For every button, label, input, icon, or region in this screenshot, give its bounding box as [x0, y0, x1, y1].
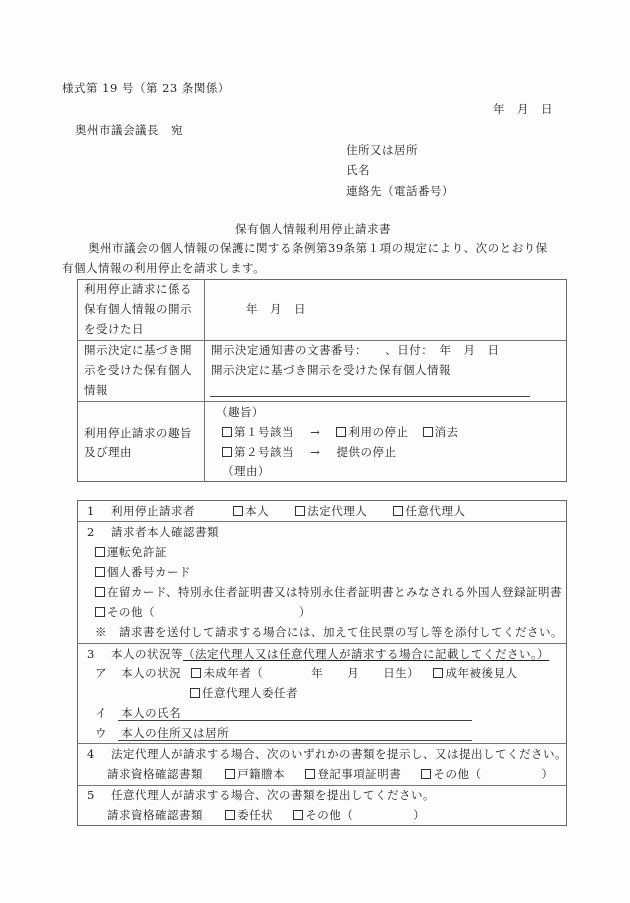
principal-name-marker: イ	[95, 706, 107, 720]
reason-heading: （理由）	[222, 466, 270, 478]
item2-label: 第２号該当	[234, 445, 294, 459]
disclosure-date-label-2: 保有個人情報の開示	[84, 304, 192, 316]
section2-note: ※ 請求書を送付して請求する場合には、加えて住民票の写し等を添付してください。	[95, 627, 563, 639]
section3-number: 3	[87, 647, 95, 661]
disclosed-info-input-line[interactable]	[210, 396, 530, 397]
power-of-attorney-checkbox[interactable]	[225, 810, 235, 820]
proxy-delegator-checkbox[interactable]	[190, 688, 200, 698]
principal-name-input-line[interactable]	[118, 720, 472, 721]
my-number-card-checkbox[interactable]	[95, 567, 105, 577]
minor-label[interactable]: 未成年者（ 年 月 日生）	[203, 666, 419, 680]
section5-number: 5	[87, 788, 95, 802]
drivers-license-checkbox[interactable]	[95, 547, 105, 557]
erase-label: 消去	[435, 425, 459, 439]
registry-certificate-checkbox[interactable]	[305, 769, 315, 779]
family-register-checkbox[interactable]	[225, 769, 235, 779]
table2-row-divider	[77, 743, 567, 744]
section2-label: 請求者本人確認書類	[111, 525, 219, 539]
phone-field-label: 連絡先（電話番号）	[346, 186, 454, 198]
family-register-label: 戸籍謄本	[237, 767, 285, 781]
self-checkbox[interactable]	[233, 506, 243, 516]
stop-use-label: 利用の停止	[348, 425, 408, 439]
section3-note: （法定代理人又は任意代理人が請求する場合に記載してください。）	[183, 647, 549, 661]
voluntary-agent-label: 任意代理人	[405, 504, 465, 518]
my-number-card-label: 個人番号カード	[107, 565, 191, 579]
legal-agent-checkbox[interactable]	[295, 506, 305, 516]
purpose-label-1: 利用停止請求の趣旨	[84, 428, 192, 440]
address-field-label: 住所又は居所	[346, 145, 418, 157]
adult-ward-checkbox[interactable]	[433, 668, 443, 678]
section5-other-label[interactable]: その他（ ）	[305, 808, 425, 822]
table1-row-divider	[77, 340, 567, 341]
voluntary-agent-checkbox[interactable]	[393, 506, 403, 516]
status-marker: ア	[95, 666, 107, 680]
stop-use-checkbox[interactable]	[336, 427, 346, 437]
option-item2-row: 第２号該当 → 提供の停止	[222, 447, 396, 459]
drivers-license-label: 運転免許証	[107, 545, 167, 559]
table1-row-divider	[77, 401, 567, 402]
section1-requester: 1 利用停止請求者 本人 法定代理人 任意代理人	[87, 506, 465, 518]
principal-address-marker: ウ	[95, 726, 107, 740]
section1-label: 利用停止請求者	[111, 504, 195, 518]
proxy-delegator-label: 任意代理人委任者	[202, 686, 298, 700]
disclosure-date-label-1: 利用停止請求に係る	[84, 284, 192, 296]
intro-line-2: 有個人情報の利用停止を請求します。	[62, 263, 265, 275]
section2-number: 2	[87, 525, 95, 539]
principal-name-label: 本人の氏名	[121, 706, 181, 720]
option-item1-row: 第１号該当 → 利用の停止 消去	[222, 427, 459, 439]
residence-card-label: 在留カード、特別永住者証明書又は特別永住者証明書とみなされる外国人登録証明書	[107, 585, 562, 599]
section4-label: 法定代理人が請求する場合、次のいずれかの書類を提示し、又は提出してください。	[111, 747, 567, 761]
principal-address-label: 本人の住所又は居所	[121, 726, 229, 740]
legal-agent-label: 法定代理人	[307, 504, 367, 518]
residence-card-checkbox[interactable]	[95, 587, 105, 597]
section4-number: 4	[87, 747, 95, 761]
form-number: 様式第 19 号（第 23 条関係）	[62, 83, 230, 95]
arrow-icon: →	[310, 445, 320, 459]
stop-provision-label: 提供の停止	[336, 445, 396, 459]
disclosure-date-label-3: を受けた日	[84, 324, 144, 336]
table2-row-divider	[77, 643, 567, 644]
item1-label: 第１号該当	[234, 425, 294, 439]
section5-label: 任意代理人が請求する場合、次の書類を提出してください。	[111, 788, 435, 802]
power-of-attorney-label: 委任状	[237, 808, 273, 822]
disclosed-info-label-2: 示を受けた保有個人	[84, 365, 192, 377]
arrow-icon: →	[310, 425, 320, 439]
section5-other-checkbox[interactable]	[293, 810, 303, 820]
principal-address-input-line[interactable]	[118, 740, 472, 741]
section4-doc-label: 請求資格確認書類	[107, 767, 203, 781]
disclosed-info-label-1: 開示決定に基づき開	[84, 345, 192, 357]
name-field-label: 氏名	[346, 165, 370, 177]
other-id-checkbox[interactable]	[95, 607, 105, 617]
purpose-label-2: 及び理由	[84, 447, 132, 459]
adult-ward-label: 成年被後見人	[445, 666, 517, 680]
other-id-label[interactable]: その他（ ）	[107, 605, 311, 619]
minor-checkbox[interactable]	[191, 668, 201, 678]
notice-number-date-field[interactable]: 開示決定通知書の文書番号： 、日付： 年 月 日	[211, 345, 500, 357]
item1-checkbox[interactable]	[222, 427, 232, 437]
section5-doc-label: 請求資格確認書類	[107, 808, 203, 822]
table2-row-divider	[77, 521, 567, 522]
disclosed-info-label-3: 情報	[84, 385, 108, 397]
section4-other-checkbox[interactable]	[421, 769, 431, 779]
addressee: 奥州市議会議長 宛	[75, 125, 183, 137]
disclosed-info-field-label: 開示決定に基づき開示を受けた保有個人情報	[211, 365, 451, 377]
registry-certificate-label: 登記事項証明書	[317, 767, 401, 781]
table2-row-divider	[77, 785, 567, 786]
section3-label: 本人の状況等	[111, 647, 183, 661]
document-title: 保有個人情報利用停止請求書	[235, 224, 391, 236]
status-label: 本人の状況	[121, 666, 181, 680]
purpose-heading: （趣旨）	[216, 407, 264, 419]
disclosure-date-field[interactable]: 年 月 日	[246, 304, 306, 316]
self-label: 本人	[245, 504, 269, 518]
date-line: 年 月 日	[493, 104, 553, 116]
erase-checkbox[interactable]	[423, 427, 433, 437]
section1-number: 1	[87, 504, 95, 518]
intro-line-1: 奥州市議会の個人情報の保護に関する条例第39条第１項の規定により、次のとおり保	[88, 243, 548, 255]
table1-column-divider	[204, 279, 205, 482]
item2-checkbox[interactable]	[222, 447, 232, 457]
section4-other-label[interactable]: その他（ ）	[433, 767, 553, 781]
